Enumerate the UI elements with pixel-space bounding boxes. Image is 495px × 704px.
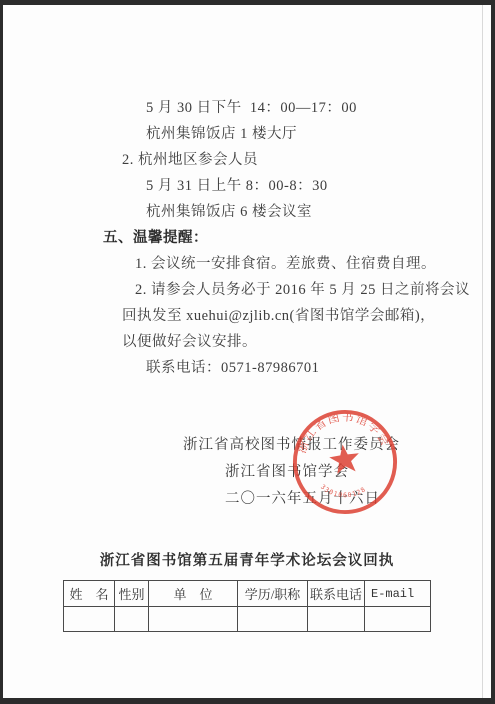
section-heading: 五、温馨提醒： — [3, 225, 491, 251]
cell-phone — [308, 607, 365, 632]
schedule-time-line: 5 月 30 日下午 14：00—17：00 — [3, 95, 491, 121]
document-page: 5 月 30 日下午 14：00—17：00 杭州集锦饭店 1 楼大厅 2. 杭… — [3, 5, 491, 698]
header-gender: 性别 — [115, 581, 149, 607]
list-item: 2. 杭州地区参会人员 — [3, 147, 491, 173]
list-item: 1. 会议统一安排食宿。差旅费、住宿费自理。 — [3, 251, 491, 277]
schedule-time-line: 5 月 31 日上午 8：00-8：30 — [3, 173, 491, 199]
body-text-block: 5 月 30 日下午 14：00—17：00 杭州集锦饭店 1 楼大厅 2. 杭… — [3, 95, 491, 381]
header-phone: 联系电话 — [308, 581, 365, 607]
list-item: 2. 请参会人员务必于 2016 年 5 月 25 日之前将会议 — [3, 277, 491, 303]
header-email: E-mail — [365, 581, 431, 607]
cell-email — [365, 607, 431, 632]
cell-gender — [115, 607, 149, 632]
list-item-continuation: 回执发至 xuehui@zjlib.cn(省图书馆学会邮箱)， — [3, 303, 491, 329]
reply-form-table: 姓 名 性别 单 位 学历/职称 联系电话 E-mail — [63, 580, 431, 632]
signature-block: 浙江省高校图书情报工作委员会 浙江省图书馆学会 二〇一六年五月十六日 — [3, 432, 491, 513]
table-header-row: 姓 名 性别 单 位 学历/职称 联系电话 E-mail — [64, 581, 431, 607]
signature-date: 二〇一六年五月十六日 — [3, 486, 491, 513]
signature-org-1: 浙江省高校图书情报工作委员会 — [3, 432, 491, 459]
schedule-place-line: 杭州集锦饭店 1 楼大厅 — [3, 121, 491, 147]
cell-organization — [149, 607, 238, 632]
reply-form-title: 浙江省图书馆第五届青年学术论坛会议回执 — [3, 549, 491, 570]
list-item-continuation: 以便做好会议安排。 — [3, 329, 491, 355]
header-degree-title: 学历/职称 — [238, 581, 308, 607]
table-row — [64, 607, 431, 632]
cell-degree-title — [238, 607, 308, 632]
header-organization: 单 位 — [149, 581, 238, 607]
contact-phone-line: 联系电话：0571-87986701 — [3, 355, 491, 381]
schedule-place-line: 杭州集锦饭店 6 楼会议室 — [3, 199, 491, 225]
cell-name — [64, 607, 115, 632]
signature-org-2: 浙江省图书馆学会 — [3, 459, 491, 486]
header-name: 姓 名 — [64, 581, 115, 607]
scanned-document: { "scan": { "frame_color": "#2c2c2c", "p… — [0, 0, 495, 704]
